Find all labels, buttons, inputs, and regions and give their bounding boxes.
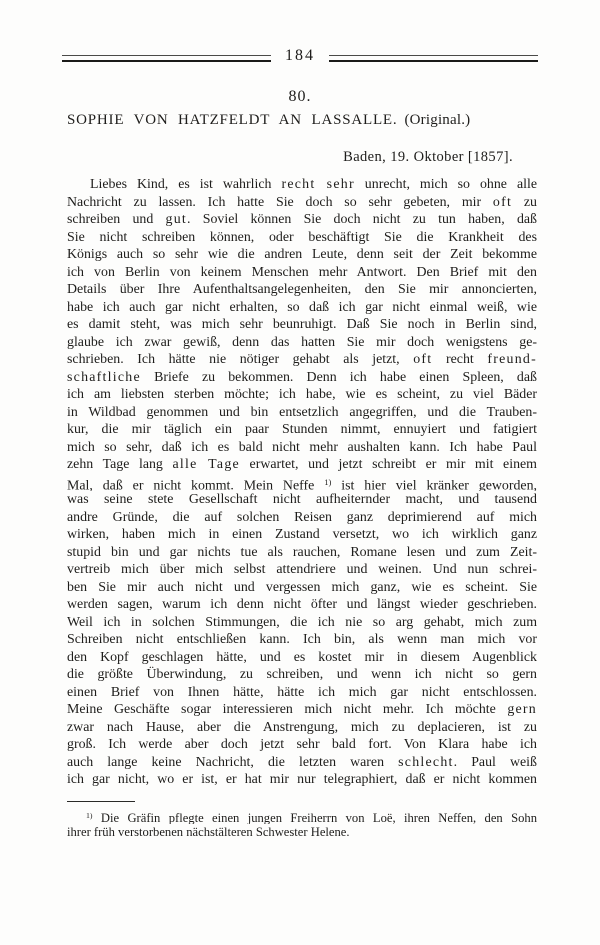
text-line: ich gar nicht, wo er ist, er hat mir nur…	[67, 771, 537, 789]
letter-body: Liebes Kind, es ist wahrlich recht sehr …	[67, 176, 537, 789]
running-head: 184	[62, 50, 538, 66]
text-line: ihrer früh verstorbenen nächstälteren Sc…	[67, 824, 537, 841]
text-segment: einen Brief von Ihnen hätte, hätte ich m…	[67, 685, 537, 700]
text-line: ich von Berlin von keinem Menschen mehr …	[67, 264, 537, 282]
text-segment: Briefe zu bekommen. Denn ich habe einen …	[141, 370, 537, 385]
text-segment: ich von Berlin von keinem Menschen mehr …	[67, 265, 537, 280]
text-line: zehn Tage lang alle Tage erwartet, und j…	[67, 456, 537, 474]
head-rule-left	[62, 55, 271, 62]
letterspaced-segment: gut	[166, 212, 188, 227]
letterspaced-segment: oft	[493, 195, 512, 210]
text-segment: schrieben. Ich hätte nie nötiger gehabt …	[67, 352, 413, 367]
letterspaced-segment: freund-	[487, 352, 537, 367]
text-segment: recht	[432, 352, 487, 367]
text-line: ben Sie mir auch nicht und vergessen mic…	[67, 579, 537, 597]
text-line: zwar nach Hause, aber die Anstrengung, m…	[67, 719, 537, 737]
footnote: 1) Die Gräfin pflegte einen jungen Freih…	[67, 807, 537, 841]
text-segment: werden sagen, warum ich denn nicht öfter…	[67, 597, 537, 612]
text-line: kur, die mir täglich ein paar Stunden ni…	[67, 421, 537, 439]
text-segment: Liebes Kind, es ist wahrlich	[90, 177, 281, 192]
text-line: den Kopf geschlagen hätte, und es kostet…	[67, 649, 537, 667]
text-segment: Sie nicht schreiben können, oder beschäf…	[67, 230, 537, 245]
text-line: stupid bin und gar nichts tue als rauche…	[67, 544, 537, 562]
text-line: ich am liebsten sterben möchte; ich habe…	[67, 386, 537, 404]
text-line: Sie nicht schreiben können, oder beschäf…	[67, 229, 537, 247]
text-segment: mich so sehr, daß ich es bald nicht mehr…	[67, 440, 537, 455]
text-segment: zehn Tage lang	[67, 457, 172, 472]
text-line: Mal, daß er nicht kommt. Mein Neffe 1) i…	[67, 474, 537, 492]
text-line: groß. Ich werde aber doch jetzt sehr bal…	[67, 736, 537, 754]
text-line: Details über Ihre Aufenthaltsangelegenhe…	[67, 281, 537, 299]
footnote-rule	[67, 801, 135, 802]
text-line: es damit steht, was mich sehr beunruhigt…	[67, 316, 537, 334]
text-segment: auch lange keine Nachricht, die letzten …	[67, 755, 398, 770]
text-segment: . Paul weiß	[454, 755, 537, 770]
text-segment: was seine stete Gesellschaft nicht aufhe…	[67, 492, 537, 507]
dateline: Baden, 19. Oktober [1857].	[0, 149, 513, 166]
text-segment: es damit steht, was mich sehr beunruhigt…	[67, 317, 537, 332]
letterspaced-segment: schaftliche	[67, 370, 141, 385]
text-line: Schreiben nicht entschließen kann. Ich b…	[67, 631, 537, 649]
letterspaced-segment: schlecht	[398, 755, 454, 770]
text-line: 1) Die Gräfin pflegte einen jungen Freih…	[67, 807, 537, 824]
text-line: einen Brief von Ihnen hätte, hätte ich m…	[67, 684, 537, 702]
text-segment: Die Gräfin pflegte einen jungen Freiherr…	[93, 811, 538, 824]
text-segment: vertreib mich über mich selbst attendrie…	[67, 562, 537, 577]
text-segment: ihrer früh verstorbenen nächstälteren Sc…	[67, 825, 350, 839]
text-line: wirken, haben mich in einen Zustand vers…	[67, 526, 537, 544]
text-segment: die größte Überwindung, zu schreiben, un…	[67, 667, 537, 682]
text-segment: ist hier viel kränker geworden,	[331, 478, 537, 491]
letterspaced-segment: alle Tage	[172, 457, 239, 472]
head-rule-right	[329, 55, 538, 62]
letterspaced-segment: oft	[413, 352, 432, 367]
text-segment: in Wildbad genommen und bin entsetzlich …	[67, 405, 537, 420]
text-segment: kur, die mir täglich ein paar Stunden ni…	[67, 422, 537, 437]
text-line: Weil ich in solchen Stimmungen, die ich …	[67, 614, 537, 632]
letterspaced-segment: gern	[507, 702, 537, 717]
text-segment: Nachricht zu lassen. Ich hatte Sie doch …	[67, 195, 493, 210]
text-segment: erwartet, und jetzt schreibt er mir mit …	[240, 457, 537, 472]
text-segment: Mal, daß er nicht kommt. Mein Neffe	[67, 478, 324, 491]
text-segment: ich gar nicht, wo er ist, er hat mir nur…	[67, 772, 537, 787]
text-segment: zwar nach Hause, aber die Anstrengung, m…	[67, 720, 537, 735]
text-segment: Meine Geschäfte sogar interessieren mich…	[67, 702, 507, 717]
text-line: glaube ich zwar gewiß, denn das hatten S…	[67, 334, 537, 352]
text-line: auch lange keine Nachricht, die letzten …	[67, 754, 537, 772]
text-line: Königs auch so sehr wie die andren Leute…	[67, 246, 537, 264]
text-line: mich so sehr, daß ich es bald nicht mehr…	[67, 439, 537, 457]
text-segment: andre Gründe, die auf solchen Reisen gan…	[67, 510, 537, 525]
text-line: schaftliche Briefe zu bekommen. Denn ich…	[67, 369, 537, 387]
text-segment: den Kopf geschlagen hätte, und es kostet…	[67, 650, 537, 665]
text-segment: glaube ich zwar gewiß, denn das hatten S…	[67, 335, 537, 350]
text-line: schrieben. Ich hätte nie nötiger gehabt …	[67, 351, 537, 369]
text-segment: ich am liebsten sterben möchte; ich habe…	[67, 387, 537, 402]
text-segment: ben Sie mir auch nicht und vergessen mic…	[67, 580, 537, 595]
text-line: in Wildbad genommen und bin entsetzlich …	[67, 404, 537, 422]
text-line: andre Gründe, die auf solchen Reisen gan…	[67, 509, 537, 527]
text-segment: habe ich auch gar nicht erhalten, so daß…	[67, 300, 537, 315]
letterspaced-segment: recht sehr	[281, 177, 354, 192]
letter-title-suffix: (Original.)	[404, 112, 470, 128]
text-line: was seine stete Gesellschaft nicht aufhe…	[67, 491, 537, 509]
book-page: 184 80. SOPHIE VON HATZFELDT AN LASSALLE…	[0, 0, 600, 945]
page-number: 184	[271, 48, 329, 64]
text-segment: Weil ich in solchen Stimmungen, die ich …	[67, 615, 537, 630]
letter-number: 80.	[0, 88, 600, 106]
text-line: habe ich auch gar nicht erhalten, so daß…	[67, 299, 537, 317]
text-segment: Schreiben nicht entschließen kann. Ich b…	[67, 632, 537, 647]
text-segment: stupid bin und gar nichts tue als rauche…	[67, 545, 537, 560]
text-line: werden sagen, warum ich denn nicht öfter…	[67, 596, 537, 614]
text-segment: schreiben und	[67, 212, 166, 227]
text-segment: Details über Ihre Aufenthaltsangelegenhe…	[67, 282, 537, 297]
text-segment: Königs auch so sehr wie die andren Leute…	[67, 247, 537, 262]
text-line: Meine Geschäfte sogar interessieren mich…	[67, 701, 537, 719]
text-segment: . Soviel können Sie doch nicht zu tun ha…	[187, 212, 537, 227]
text-segment: zu	[512, 195, 537, 210]
text-line: die größte Überwindung, zu schreiben, un…	[67, 666, 537, 684]
text-segment: wirken, haben mich in einen Zustand vers…	[67, 527, 537, 542]
text-line: schreiben und gut. Soviel können Sie doc…	[67, 211, 537, 229]
letter-title-line: SOPHIE VON HATZFELDT AN LASSALLE.(Origin…	[67, 112, 547, 129]
letter-title: SOPHIE VON HATZFELDT AN LASSALLE.	[67, 112, 397, 128]
text-segment: groß. Ich werde aber doch jetzt sehr bal…	[67, 737, 537, 752]
text-segment: unrecht, mich so ohne alle	[355, 177, 537, 192]
text-line: Liebes Kind, es ist wahrlich recht sehr …	[67, 176, 537, 194]
text-line: vertreib mich über mich selbst attendrie…	[67, 561, 537, 579]
text-line: Nachricht zu lassen. Ich hatte Sie doch …	[67, 194, 537, 212]
